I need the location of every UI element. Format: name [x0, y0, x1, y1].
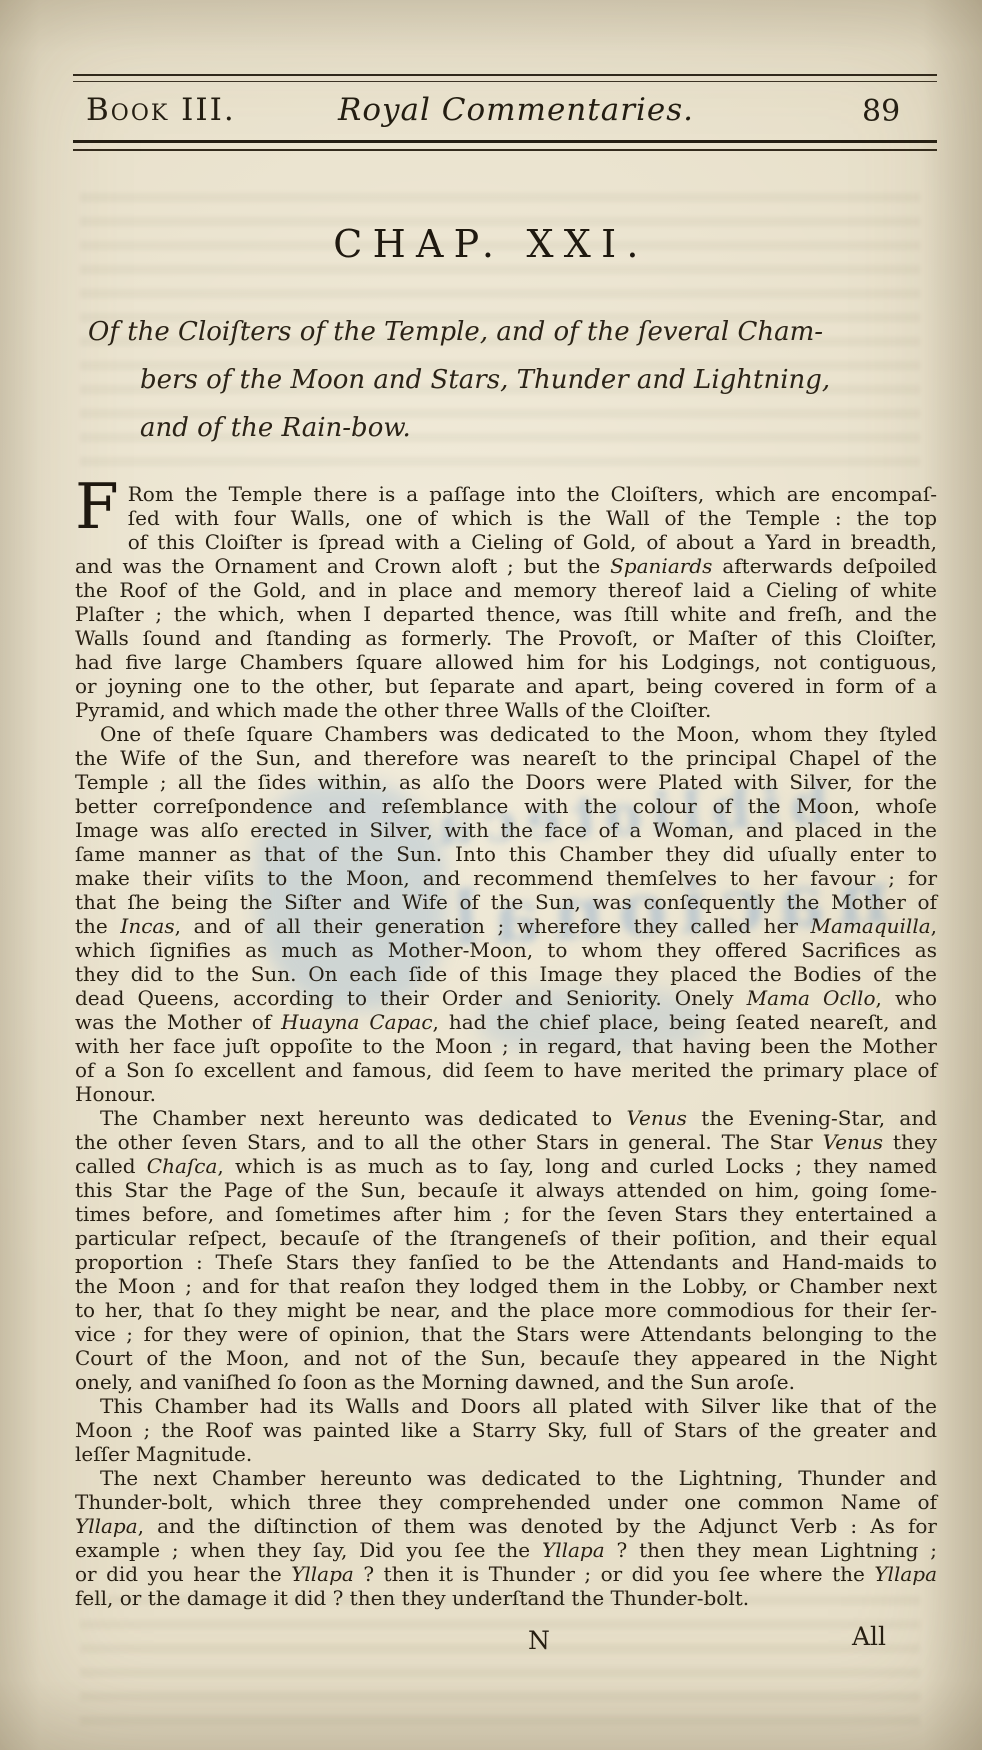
text-line: Walls ſound and ſtanding as formerly. Th…	[75, 626, 937, 650]
subtitle-line: bers of the Moon and Stars, Thunder and …	[140, 356, 888, 404]
book-label: Book III.	[86, 92, 236, 128]
text-line: leſſer Magnitude.	[75, 1442, 937, 1466]
text-line: with her face juſt oppoſite to the Moon …	[75, 1034, 937, 1058]
text-line: that ſhe being the Siſter and Wife of th…	[75, 890, 937, 914]
text-line: this Star the Page of the Sun, becauſe i…	[75, 1178, 937, 1202]
text-line: and was the Ornament and Crown aloft ; b…	[75, 554, 937, 578]
text-line: they did to the Sun. On each ſide of thi…	[75, 962, 937, 986]
text-line: Pyramid, and which made the other three …	[75, 698, 937, 722]
italic-term: Incas	[120, 914, 174, 938]
subtitle-line: and of the Rain-bow.	[140, 404, 888, 452]
text-line: onely, and vaniſhed ſo ſoon as the Morni…	[75, 1370, 937, 1394]
text-line: Court of the Moon, and not of the Sun, b…	[75, 1346, 937, 1370]
text-line: the Incas, and of all their generation ;…	[75, 914, 937, 938]
italic-term: Mama Ocllo	[747, 986, 876, 1010]
text-line: particular reſpect, becauſe of the ſtran…	[75, 1226, 937, 1250]
text-line: Image was alſo erected in Silver, with t…	[75, 818, 937, 842]
text-line: Yllapa, and the diſtinction of them was …	[75, 1514, 937, 1538]
running-title: Royal Commentaries.	[338, 92, 694, 128]
text-line: This Chamber had its Walls and Doors all…	[75, 1394, 937, 1418]
text-line: ſed with four Walls, one of which is the…	[75, 506, 937, 530]
text-line: Rom the Temple there is a paſſage into t…	[75, 482, 937, 506]
paragraph: FRom the Temple there is a paſſage into …	[75, 482, 937, 722]
text-line: Plaſter ; the which, when I departed the…	[75, 602, 937, 626]
chapter-subtitle: Of the Cloiſters of the Temple, and of t…	[88, 308, 888, 452]
chapter-heading: CHAP. XXI.	[0, 222, 982, 266]
italic-term: Venus	[823, 1130, 883, 1154]
italic-term: Mamaquilla	[811, 914, 931, 938]
text-line: dead Queens, according to their Order an…	[75, 986, 937, 1010]
catchword: All	[852, 1622, 886, 1651]
text-line: better correſpondence and reſemblance wi…	[75, 794, 937, 818]
text-line: Moon ; the Roof was painted like a Starr…	[75, 1418, 937, 1442]
subtitle-line: Of the Cloiſters of the Temple, and of t…	[88, 308, 888, 356]
book-page: biblioteca nacional Book III. Royal Comm…	[0, 0, 982, 1750]
header-rule-top	[73, 74, 937, 82]
text-line: the Wife of the Sun, and therefore was n…	[75, 746, 937, 770]
text-line: which ſignifies as much as Mother-Moon, …	[75, 938, 937, 962]
text-line: or joyning one to the other, but ſeparat…	[75, 674, 937, 698]
signature-mark: N	[528, 1626, 550, 1655]
running-header: Book III. Royal Commentaries. 89	[0, 92, 982, 136]
text-line: The next Chamber hereunto was dedicated …	[75, 1466, 937, 1490]
text-line: was the Mother of Huayna Capac, had the …	[75, 1010, 937, 1034]
text-line: had five large Chambers ſquare allowed h…	[75, 650, 937, 674]
text-line: the other ſeven Stars, and to all the ot…	[75, 1130, 937, 1154]
page-number: 89	[862, 94, 900, 129]
italic-term: Yllapa	[291, 1562, 354, 1586]
header-rule-bottom	[73, 140, 937, 151]
text-line: the Moon ; and for that reaſon they lodg…	[75, 1274, 937, 1298]
text-line: example ; when they ſay, Did you ſee the…	[75, 1538, 937, 1562]
text-line: Honour.	[75, 1082, 937, 1106]
text-line: times before, and ſometimes after him ; …	[75, 1202, 937, 1226]
paragraph: The next Chamber hereunto was dedicated …	[75, 1466, 937, 1610]
text-line: make their viſits to the Moon, and recom…	[75, 866, 937, 890]
text-line: vice ; for they were of opinion, that th…	[75, 1322, 937, 1346]
text-line: ſame manner as that of the Sun. Into thi…	[75, 842, 937, 866]
italic-term: Yllapa	[874, 1562, 937, 1586]
italic-term: Venus	[626, 1106, 686, 1130]
text-line: The Chamber next hereunto was dedicated …	[75, 1106, 937, 1130]
text-line: fell, or the damage it did ? then they u…	[75, 1586, 937, 1610]
body-text: FRom the Temple there is a paſſage into …	[75, 482, 937, 1610]
paragraph: This Chamber had its Walls and Doors all…	[75, 1394, 937, 1466]
drop-cap: F	[75, 483, 119, 531]
italic-term: Chaſca	[147, 1154, 218, 1178]
verso-bleedthrough-lower	[80, 1595, 920, 1725]
text-line: of this Cloiſter is ſpread with a Cielin…	[75, 530, 937, 554]
text-line: or did you hear the Yllapa ? then it is …	[75, 1562, 937, 1586]
text-line: One of theſe ſquare Chambers was dedicat…	[75, 722, 937, 746]
text-line: Temple ; all the ſides within, as alſo t…	[75, 770, 937, 794]
text-line: Thunder-bolt, which three they comprehen…	[75, 1490, 937, 1514]
text-line: of a Son ſo excellent and famous, did ſe…	[75, 1058, 937, 1082]
text-line: called Chaſca, which is as much as to ſa…	[75, 1154, 937, 1178]
italic-term: Yllapa	[542, 1538, 605, 1562]
italic-term: Huayna Capac	[281, 1010, 432, 1034]
italic-term: Yllapa	[75, 1514, 138, 1538]
paragraph: The Chamber next hereunto was dedicated …	[75, 1106, 937, 1394]
italic-term: Spaniards	[610, 554, 712, 578]
text-line: proportion : Theſe Stars they fanſied to…	[75, 1250, 937, 1274]
paragraph: One of theſe ſquare Chambers was dedicat…	[75, 722, 937, 1106]
text-line: the Roof of the Gold, and in place and m…	[75, 578, 937, 602]
text-line: to her, that ſo they might be near, and …	[75, 1298, 937, 1322]
